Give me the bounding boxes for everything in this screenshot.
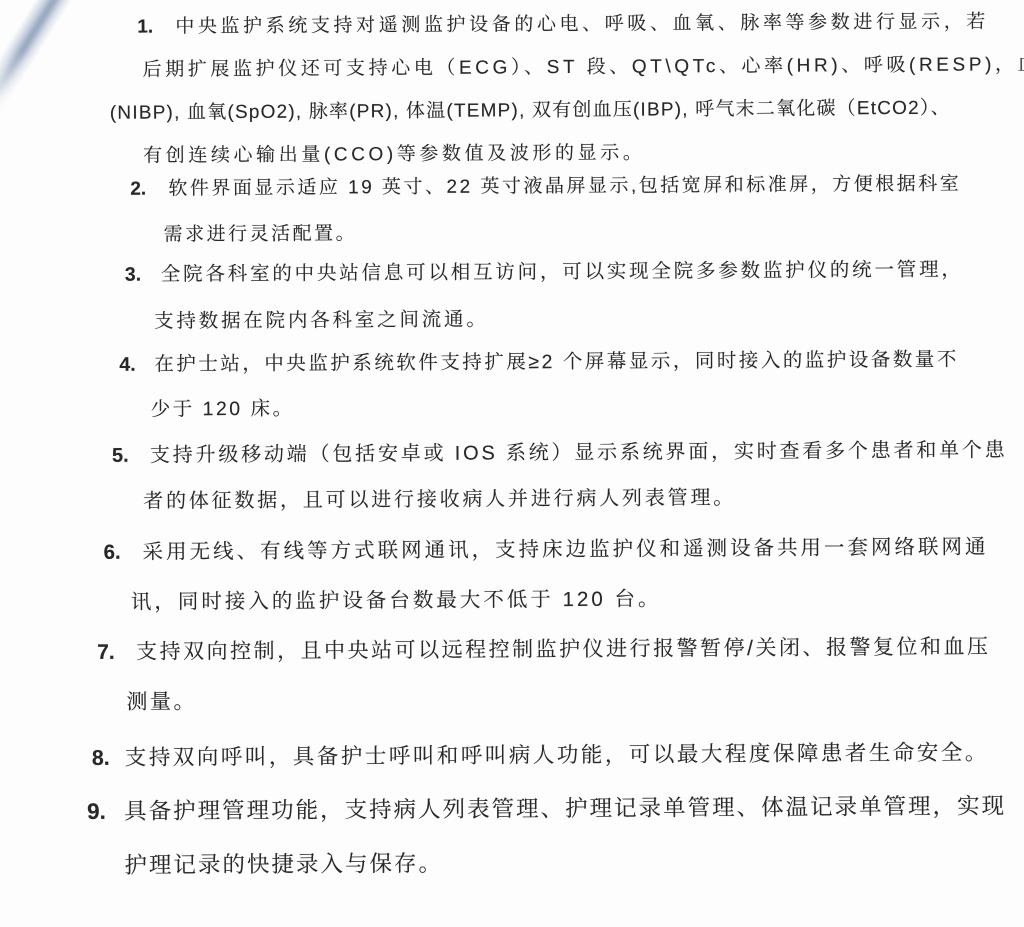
text-line: (NIBP), 血氧(SpO2), 脉率(PR), 体温(TEMP), 双有创血… <box>110 86 1024 135</box>
document-page: 1. 中央监护系统支持对遥测监护设备的心电、呼吸、血氧、脉率等参数进行显示，若 … <box>0 0 1024 927</box>
list-item: 6. 采用无线、有线等方式联网通讯，支持床边监护仪和遥测设备共用一套网络联网通 … <box>130 522 989 627</box>
text-line: 少于 120 床。 <box>151 383 960 433</box>
list-item-number: 4. <box>119 343 136 388</box>
text-line: 在护士站，中央监护系统软件支持扩展≥2 个屏幕显示，同时接入的监护设备数量不 <box>150 338 959 388</box>
list-item-number: 1. <box>137 6 153 49</box>
text-line: 全院各科室的中央站信息可以相互访问，可以实现全院多参数监护仪的统一管理， <box>154 247 964 299</box>
list-item: 9. 具备护理管理功能，支持病人列表管理、护理记录单管理、体温记录单管理，实现 … <box>124 779 1007 892</box>
text-line: 后期扩展监护仪还可支持心电（ECG）、ST 段、QT\QTc、心率(HR)、呼吸… <box>142 43 1024 92</box>
text-line: 讯，同时接入的监护设备台数最大不低于 120 台。 <box>131 572 989 627</box>
list-item: 2. 软件界面显示适应 19 英寸、22 英寸液晶屏显示,包括宽屏和标准屏，方便… <box>163 162 961 259</box>
list-item: 3. 全院各科室的中央站信息可以相互访问，可以实现全院多参数监护仪的统一管理， … <box>154 247 964 346</box>
list-item: 5. 支持升级移动端（包括安卓或 IOS 系统）显示系统界面，实时查看多个患者和… <box>143 427 1008 524</box>
list-item: 4. 在护士站，中央监护系统软件支持扩展≥2 个屏幕显示，同时接入的监护设备数量… <box>150 338 959 433</box>
text-line: 具备护理管理功能，支持病人列表管理、护理记录单管理、体温记录单管理，实现 <box>124 779 1006 838</box>
list-item-number: 6. <box>103 528 120 578</box>
list-item-number: 2. <box>130 167 146 213</box>
list-item-number: 8. <box>92 732 110 784</box>
text-line: 支持升级移动端（包括安卓或 IOS 系统）显示系统界面，实时查看多个患者和单个患 <box>143 427 1008 478</box>
list-item: 7. 支持双向控制，且中央站可以远程控制监护仪进行报警暂停/关闭、报警复位和血压… <box>126 622 991 727</box>
list-item-number: 5. <box>112 433 129 479</box>
text-line: 护理记录的快捷录入与保存。 <box>124 833 1006 892</box>
text-line: 软件界面显示适应 19 英寸、22 英寸液晶屏显示,包括宽屏和标准屏，方便根据科… <box>163 162 961 213</box>
text-line: 采用无线、有线等方式联网通讯，支持床边监护仪和遥测设备共用一套网络联网通 <box>130 522 988 577</box>
text-line: 支持双向呼叫，具备护士呼叫和呼叫病人功能，可以最大程度保障患者生命安全。 <box>125 726 989 783</box>
list-item-number: 9. <box>87 785 106 839</box>
list-item-number: 3. <box>125 252 142 299</box>
text-line: 支持双向控制，且中央站可以远程控制监护仪进行报警暂停/关闭、报警复位和血压 <box>126 622 991 677</box>
list-item: 8. 支持双向呼叫，具备护士呼叫和呼叫病人功能，可以最大程度保障患者生命安全。 <box>125 726 989 783</box>
text-line: 测量。 <box>126 672 991 727</box>
text-line: 中央监护系统支持对遥测监护设备的心电、呼吸、血氧、脉率等参数进行显示，若 <box>142 0 1024 49</box>
list-item-number: 7. <box>97 628 115 678</box>
text-line: 者的体征数据，且可以进行接收病人并进行病人列表管理。 <box>143 473 1008 524</box>
list-item: 1. 中央监护系统支持对遥测监护设备的心电、呼吸、血氧、脉率等参数进行显示，若 … <box>142 0 1024 178</box>
